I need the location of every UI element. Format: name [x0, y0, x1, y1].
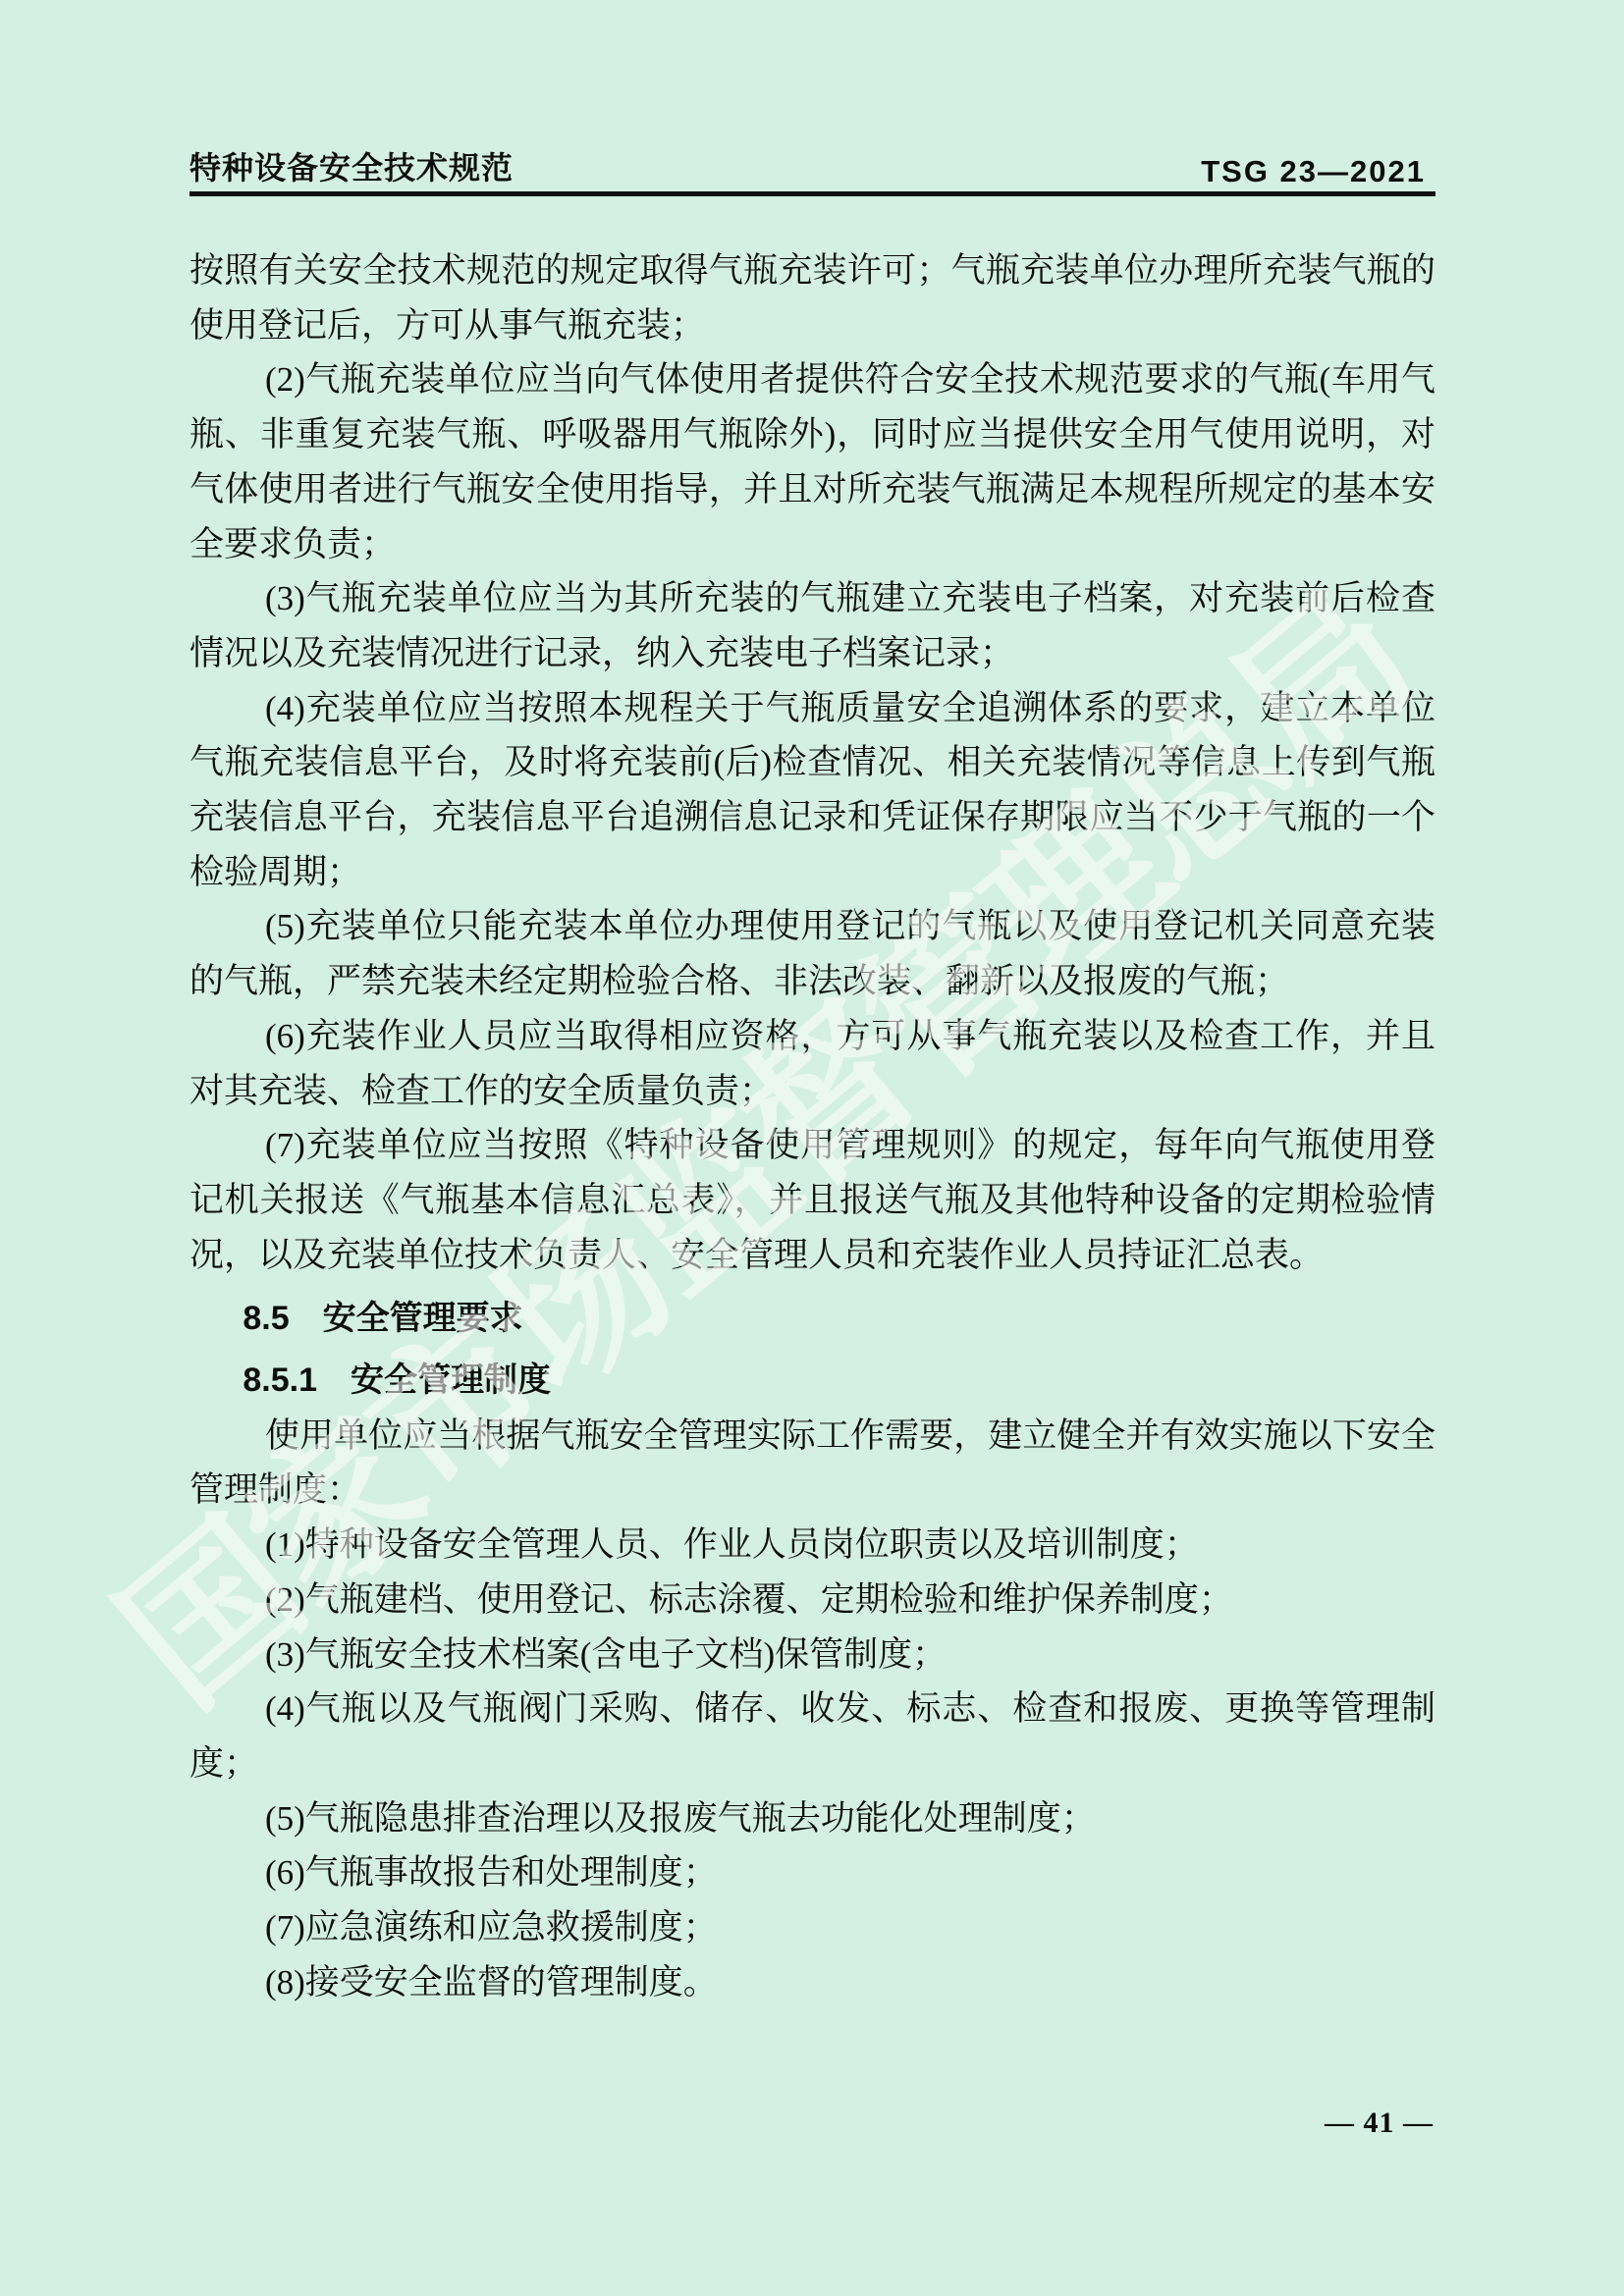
- page-number: — 41 —: [1325, 2107, 1434, 2140]
- paragraph: (1)特种设备安全管理人员、作业人员岗位职责以及培训制度；: [189, 1518, 1435, 1573]
- paragraph: 按照有关安全技术规范的规定取得气瓶充装许可；气瓶充装单位办理所充装气瓶的使用登记…: [189, 243, 1435, 352]
- header-rule: [189, 191, 1435, 196]
- paragraph: (3)气瓶充装单位应当为其所充装的气瓶建立充装电子档案，对充装前后检查情况以及充…: [189, 571, 1435, 680]
- subsection-heading: 8.5.1 安全管理制度: [189, 1354, 1435, 1409]
- header-title: 特种设备安全技术规范: [189, 150, 514, 186]
- header-doc-code: TSG 23—2021: [1201, 155, 1426, 188]
- paragraph: (2)气瓶充装单位应当向气体使用者提供符合安全技术规范要求的气瓶(车用气瓶、非重…: [189, 352, 1435, 571]
- paragraph: (6)气瓶事故报告和处理制度；: [189, 1845, 1435, 1900]
- paragraph: (2)气瓶建档、使用登记、标志涂覆、定期检验和维护保养制度；: [189, 1573, 1435, 1628]
- paragraph: (7)充装单位应当按照《特种设备使用管理规则》的规定，每年向气瓶使用登记机关报送…: [189, 1118, 1435, 1282]
- paragraph: (3)气瓶安全技术档案(含电子文档)保管制度；: [189, 1628, 1435, 1682]
- paragraph: (8)接受安全监督的管理制度。: [189, 1955, 1435, 2010]
- paragraph: 使用单位应当根据气瓶安全管理实际工作需要，建立健全并有效实施以下安全管理制度：: [189, 1409, 1435, 1518]
- document-page: 特种设备安全技术规范 TSG 23—2021 按照有关安全技术规范的规定取得气瓶…: [0, 0, 1624, 2296]
- section-heading: 8.5 安全管理要求: [189, 1292, 1435, 1347]
- paragraph: (7)应急演练和应急救援制度；: [189, 1900, 1435, 1955]
- paragraph: (4)气瓶以及气瓶阀门采购、储存、收发、标志、检查和报废、更换等管理制度；: [189, 1682, 1435, 1790]
- paragraph: (5)气瓶隐患排查治理以及报废气瓶去功能化处理制度；: [189, 1791, 1435, 1846]
- paragraph: (5)充装单位只能充装本单位办理使用登记的气瓶以及使用登记机关同意充装的气瓶，严…: [189, 899, 1435, 1008]
- paragraph: (4)充装单位应当按照本规程关于气瓶质量安全追溯体系的要求，建立本单位气瓶充装信…: [189, 681, 1435, 900]
- body-text: 按照有关安全技术规范的规定取得气瓶充装许可；气瓶充装单位办理所充装气瓶的使用登记…: [189, 243, 1435, 2010]
- paragraph: (6)充装作业人员应当取得相应资格，方可从事气瓶充装以及检查工作，并且对其充装、…: [189, 1009, 1435, 1118]
